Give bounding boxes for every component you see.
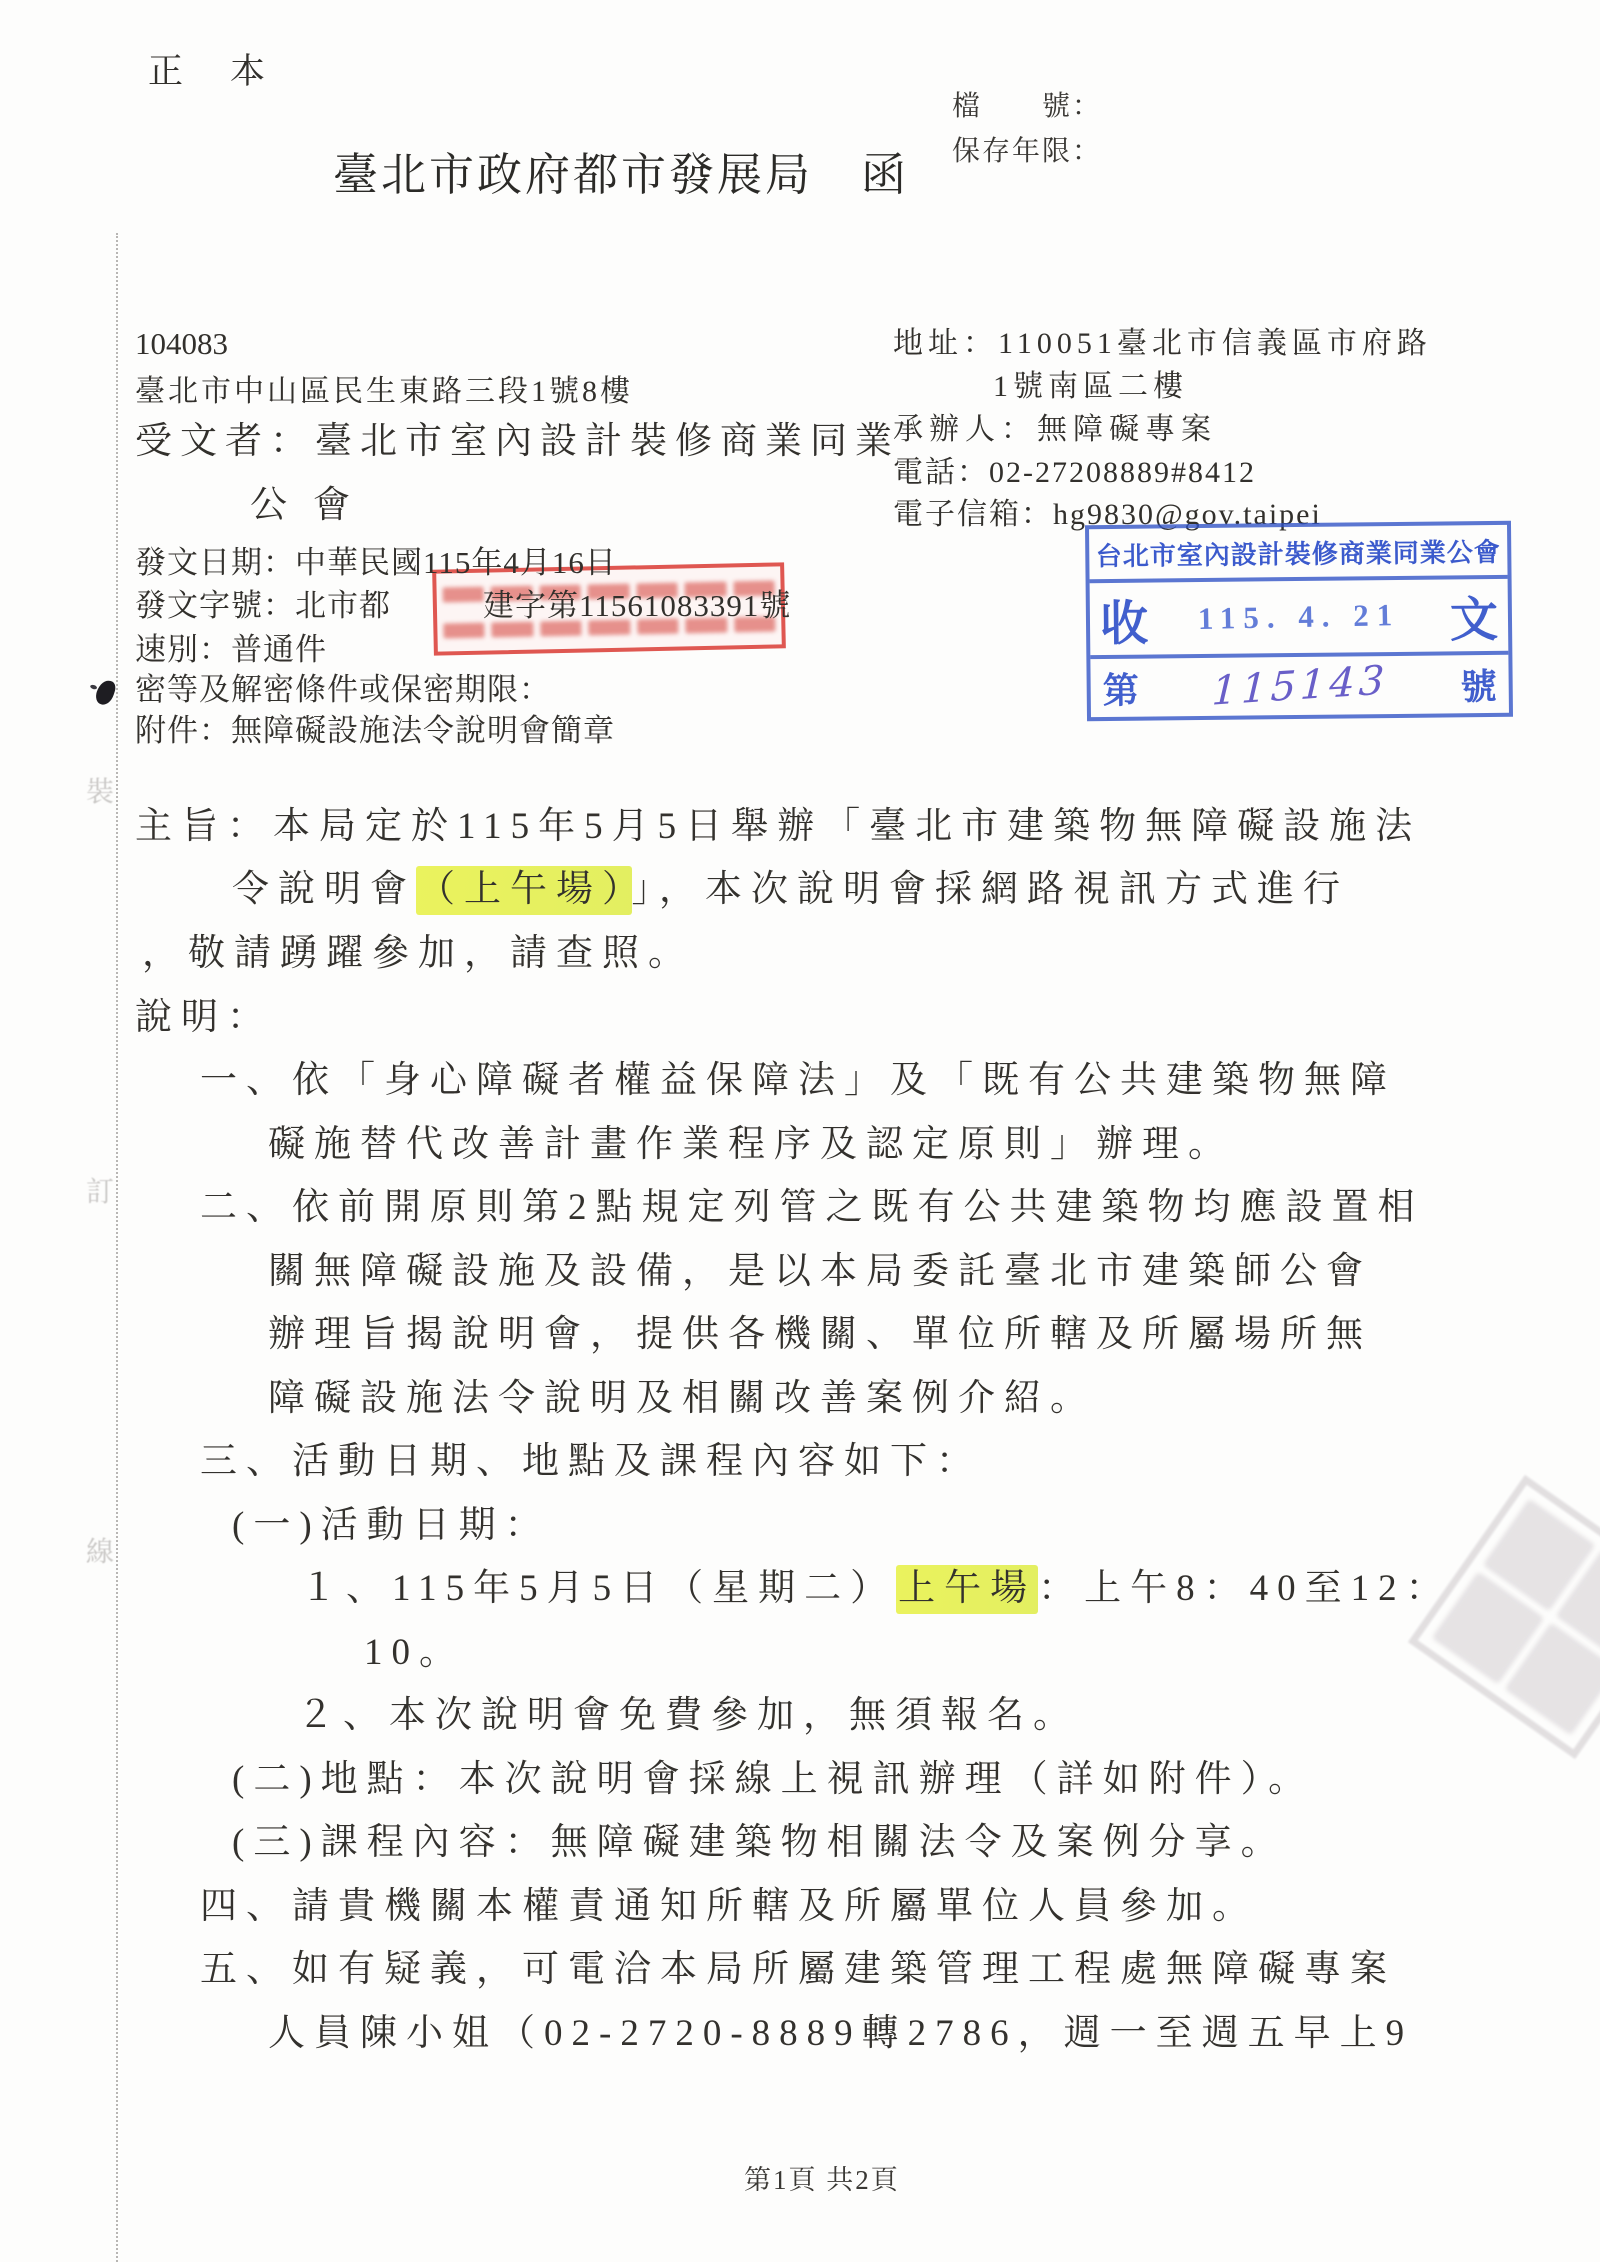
recipient-line-2: 公會 [250,474,376,528]
received-stamp-no-suffix: 號 [1460,658,1497,709]
official-letter-page: 裝 訂 線 正 本 檔 號： 保存年限： 臺北市政府都市發展局 函 104083… [0,0,1600,2262]
ink-smudge [94,678,118,707]
received-stamp-serial-row: 第 115143 號 [1090,655,1509,717]
item3-sub2: (二)地點：本次說明會採線上視訊辦理（詳如附件）。 [232,1748,1314,1802]
subject-line-1: 主旨：本局定於115年5月5日舉辦「臺北市建築物無障礙設施法 [135,795,1421,849]
security-class-line: 密等及解密條件或保密期限： [135,664,551,709]
received-stamp-org-name: 台北市室內設計裝修商業同業公會 [1089,525,1508,583]
received-stamp-doc-char: 文 [1450,580,1499,649]
subject-line-2-highlight: （上午場） [416,866,632,915]
item2-line-3: 辦理旨揭說明會，提供各機關、單位所轄及所屬場所無 [268,1303,1372,1357]
item1-line-1: 一、依「身心障礙者權益保障法」及「既有公共建築物無障 [200,1049,1396,1103]
item5-line-1: 五、如有疑義，可電洽本局所屬建築管理工程處無障礙專案 [200,1938,1396,1992]
doc-number-line: 發文字號：北市都建字第11561083391號 [135,580,791,625]
item2-line-2: 關無障礙設施及設備，是以本局委託臺北市建築師公會 [268,1240,1372,1294]
sender-address-line-1: 地址：110051臺北市信義區市府路 [893,318,1432,362]
sender-handler: 承辦人：無障礙專案 [893,404,1217,448]
issue-date-line: 發文日期：中華民國115年4月16日 [135,537,617,582]
item1-line-2: 礙施替代改善計畫作業程序及認定原則」辦理。 [268,1113,1234,1167]
recipient-zip-code: 104083 [135,326,228,362]
received-stamp-date: 115. 4. 21 [1197,597,1400,637]
copy-type-label: 正 本 [148,44,271,94]
doc-number-prefix: 發文字號：北市都 [135,588,391,623]
received-stamp-date-row: 收 115. 4. 21 文 [1090,579,1509,659]
item3-sub1-point2: ２、本次說明會免費參加，無須報名。 [297,1684,1079,1738]
subject-line-2: 令說明會（上午場）」，本次說明會採網路視訊方式進行 [232,858,1349,912]
item5-line-2: 人員陳小姐（02-2720-8889轉2786，週一至週五早上9 [268,2002,1413,2056]
item2-line-1: 二、依前開原則第2點規定列管之既有公共建築物均應設置相 [200,1176,1424,1230]
item4-line: 四、請貴機關本權責通知所轄及所屬單位人員參加。 [200,1875,1258,1929]
binding-char-zhuang: 裝 [86,770,114,810]
item3-sub1-point1: １、115年5月5日（星期二）上午場：上午8：40至12： [300,1557,1452,1611]
recipient-line-1: 受文者：臺北市室內設計裝修商業同業 [135,410,900,464]
subject-line-2-post: 」，本次說明會採網路視訊方式進行 [632,869,1350,910]
file-number-label: 檔 號： [952,84,1102,124]
page-indicator: 第1頁 共2頁 [744,2158,900,2197]
association-received-stamp: 台北市室內設計裝修商業同業公會 收 115. 4. 21 文 第 115143 … [1085,521,1513,721]
item3-sub3: (三)課程內容：無障礙建築物相關法令及案例分享。 [232,1811,1287,1865]
sender-address-line-2: 1號南區二樓 [993,361,1188,405]
binding-char-ding: 訂 [86,1170,114,1210]
subject-line-2-pre: 令說明會 [232,869,416,910]
retention-period-label: 保存年限： [952,129,1102,169]
item3-line-1: 三、活動日期、地點及課程內容如下： [200,1430,982,1484]
item3-sub1-point1-highlight: 上午場 [896,1565,1038,1614]
received-stamp-receive-char: 收 [1100,584,1149,653]
sender-phone: 電話：02-27208889#8412 [893,447,1256,491]
received-stamp-serial-handwritten: 115143 [1211,657,1389,714]
binding-dotted-line [116,233,118,2262]
speed-class-line: 速別：普通件 [135,624,327,669]
binding-char-xian: 線 [86,1530,114,1570]
item3-sub1-label: (一)活動日期： [232,1494,551,1548]
faint-corner-seal [1408,1475,1600,1759]
item3-sub1-point1-cont: 10。 [364,1621,465,1675]
document-title: 臺北市政府都市發展局 函 [333,138,909,203]
item2-line-4: 障礙設施法令說明及相關改善案例介紹。 [268,1367,1096,1421]
received-stamp-no-prefix: 第 [1102,662,1139,713]
item3-sub1-point1-pre: １、115年5月5日（星期二） [300,1568,896,1609]
recipient-street-address: 臺北市中山區民生東路三段1號8樓 [135,366,633,410]
attachment-line: 附件：無障礙設施法令說明會簡章 [135,705,615,750]
explanation-label: 說明： [135,986,273,1040]
subject-line-3: ，敬請踴躍參加，請查照。 [142,922,694,976]
doc-number-suffix: 建字第11561083391號 [483,588,791,623]
item3-sub1-point1-post: ：上午8：40至12： [1038,1568,1452,1609]
